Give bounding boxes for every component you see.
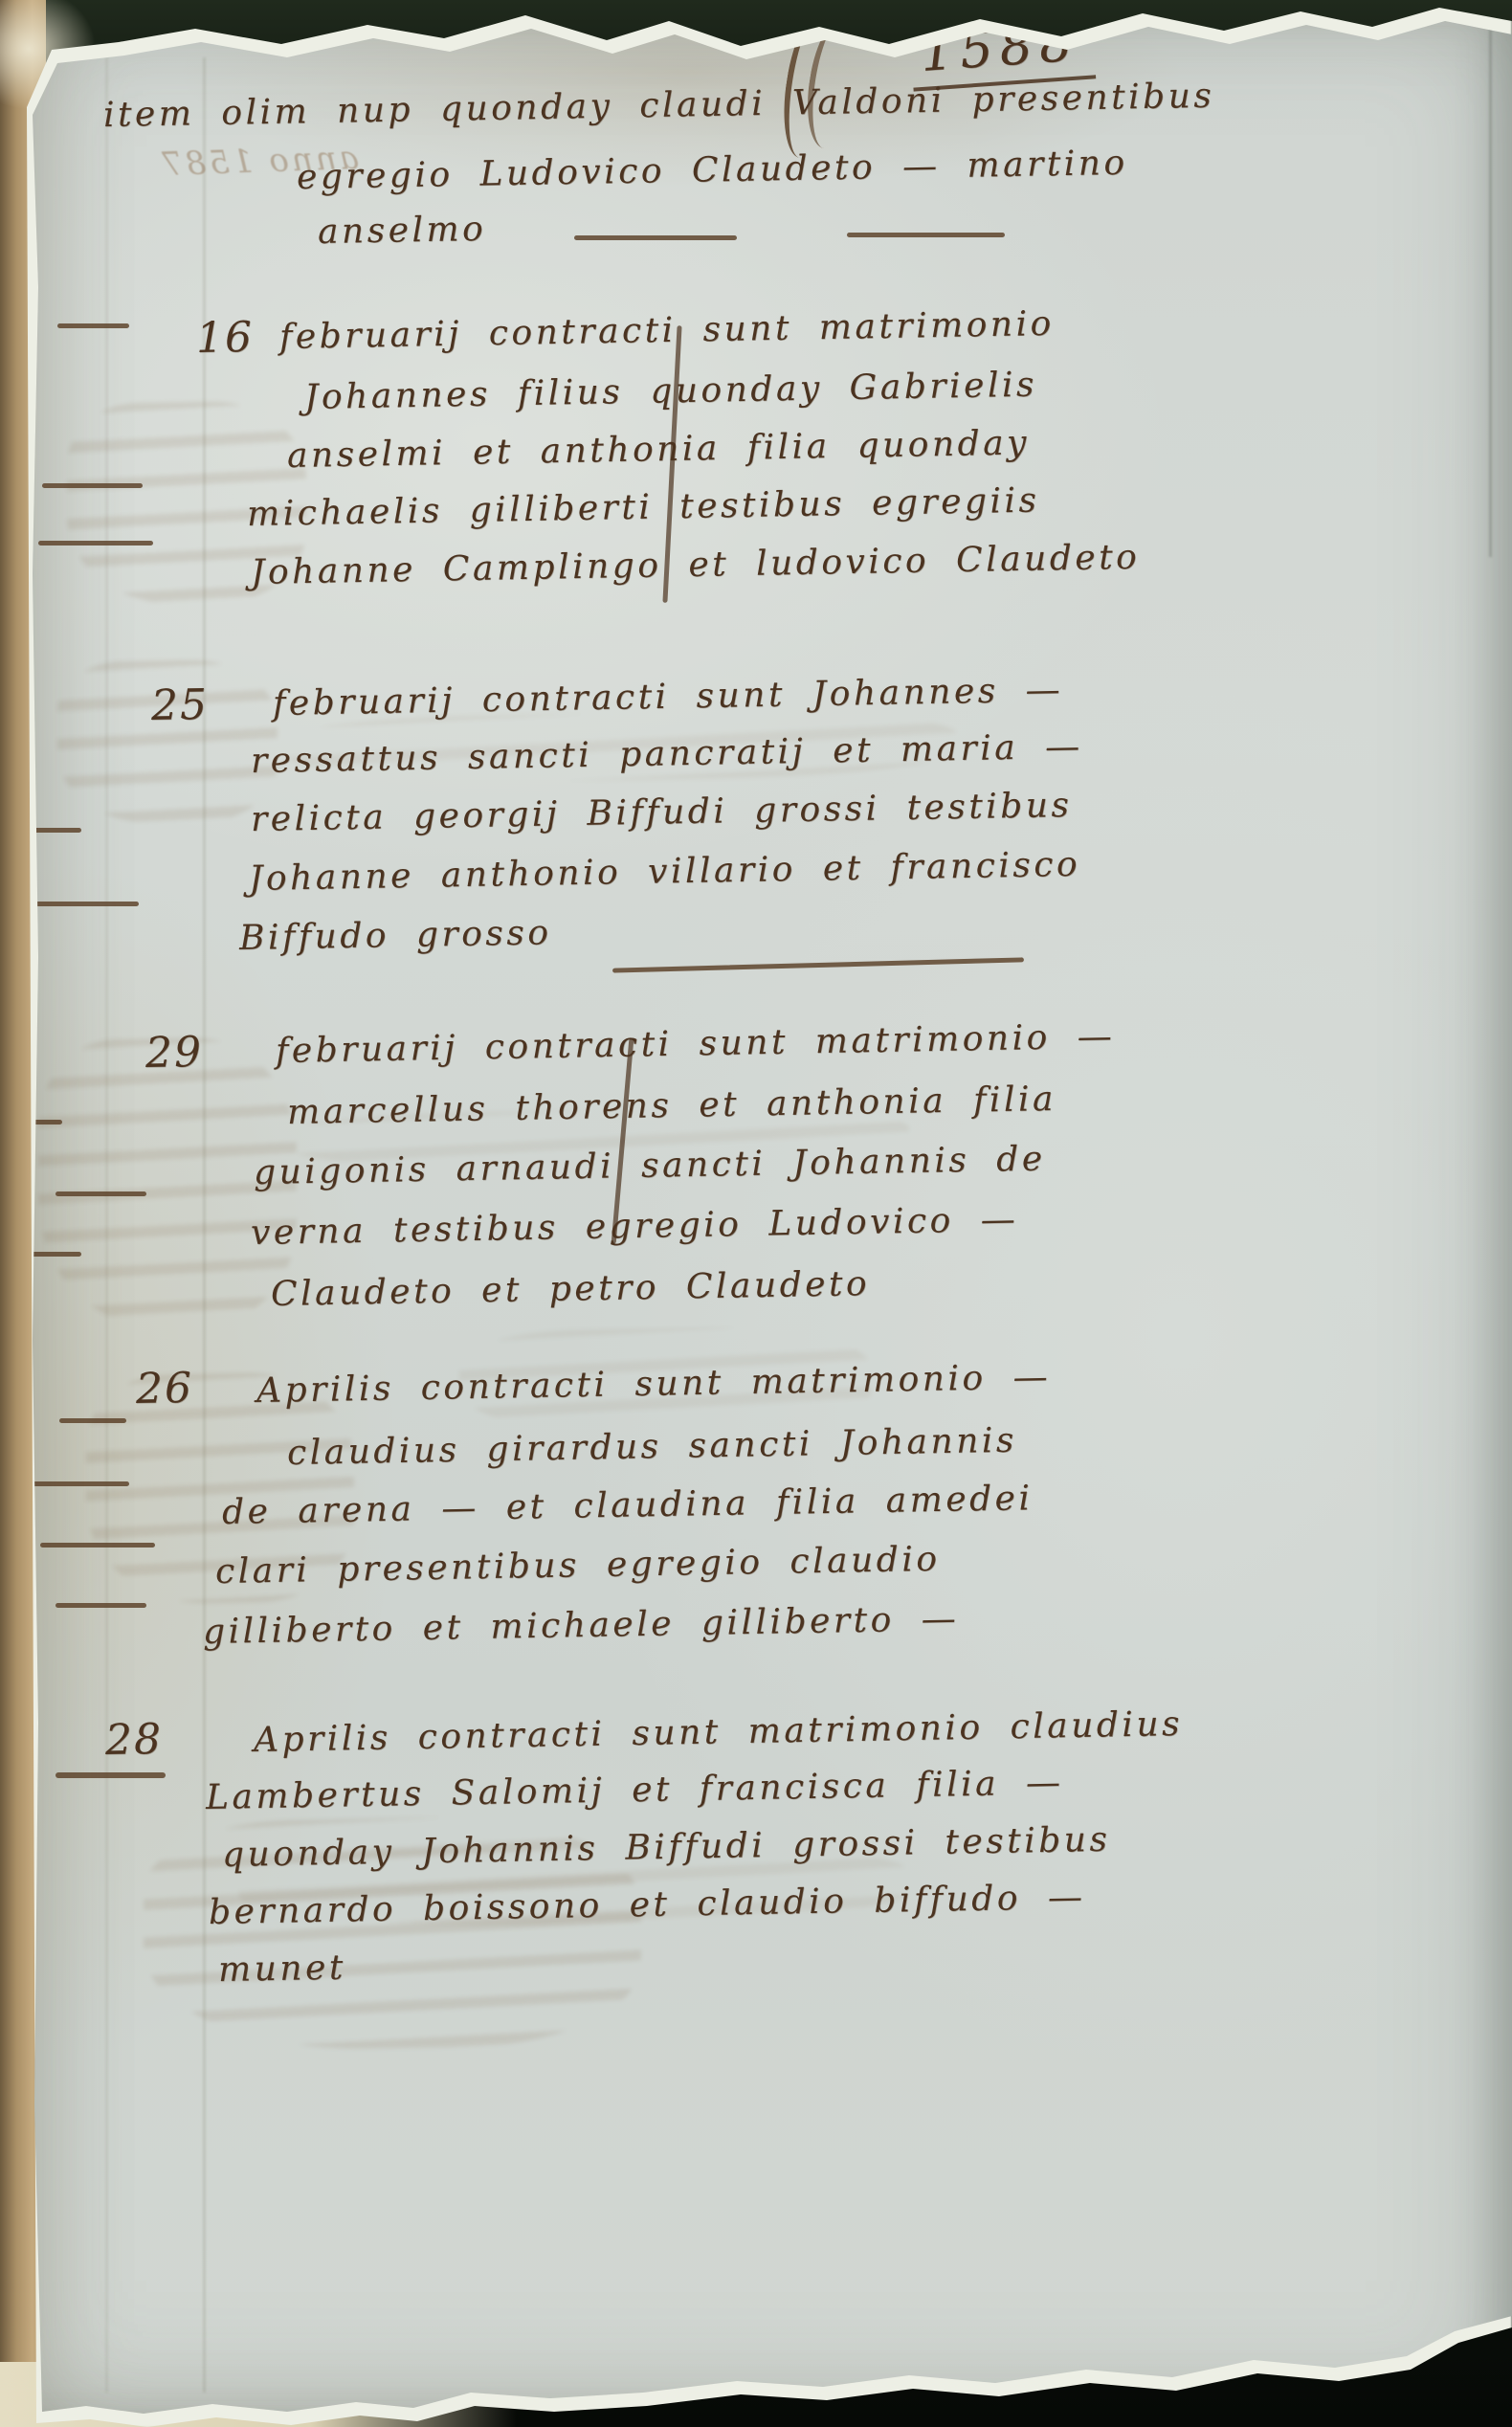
- entry-day-number: 26: [136, 1364, 194, 1414]
- manuscript-line: item olim nup quonday claudi Valdoni pre…: [103, 77, 1215, 135]
- manuscript-line: munet: [218, 1948, 346, 1990]
- page-edge-shadow: [1489, 21, 1492, 557]
- manuscript-line: michaelis gilliberti testibus egregiis: [247, 481, 1040, 534]
- manuscript-line: Claudeto et petro Claudeto: [271, 1264, 871, 1314]
- manuscript-line: Biffudo grosso: [239, 913, 552, 958]
- manuscript-line: verna testibus egregio Ludovico —: [251, 1200, 1019, 1253]
- manuscript-line: egregio Ludovico Claudeto — martino: [297, 144, 1128, 197]
- manuscript-photo: anno 1587 1588 item olim nup quonday cla…: [0, 0, 1512, 2427]
- entry-day-number: 16: [196, 313, 255, 363]
- manuscript-line: Lambertus Salomij et francisca filia —: [206, 1763, 1064, 1817]
- manuscript-line: gilliberto et michaele gilliberto —: [203, 1599, 960, 1652]
- manuscript-line: marcellus thorens et anthonia filia: [287, 1080, 1057, 1132]
- manuscript-line: relicta georgij Biffudi grossi testibus: [251, 786, 1073, 839]
- entry-day-number: 25: [151, 680, 210, 730]
- ink-dash: [38, 541, 153, 546]
- manuscript-line: claudius girardus sancti Johannis: [287, 1421, 1018, 1473]
- ink-dash: [574, 235, 737, 240]
- manuscript-line: februarij contracti sunt matrimonio —: [276, 1017, 1116, 1071]
- ink-flourish-rule: [612, 957, 1024, 972]
- entry-day-number: 29: [145, 1028, 204, 1078]
- ink-dash: [56, 1603, 146, 1608]
- manuscript-line: Johannes filius quonday Gabrielis: [304, 366, 1038, 417]
- manuscript-line: februarij contracti sunt Johannes —: [273, 671, 1064, 724]
- manuscript-page: anno 1587 1588 item olim nup quonday cla…: [0, 0, 1512, 2427]
- ink-dash: [29, 1481, 129, 1486]
- ink-dash: [29, 902, 139, 906]
- manuscript-line: Aprilis contracti sunt matrimonio —: [256, 1358, 1052, 1411]
- ink-dash: [56, 1191, 146, 1196]
- ink-dash: [42, 483, 143, 488]
- manuscript-line: Aprilis contracti sunt matrimonio claudi…: [254, 1704, 1184, 1760]
- manuscript-line: anselmi et anthonia filia quonday: [287, 423, 1031, 476]
- ink-dash: [57, 323, 129, 328]
- ink-dash: [59, 1418, 126, 1423]
- entry-day-number: 28: [105, 1715, 164, 1765]
- ink-dash: [40, 1543, 155, 1547]
- manuscript-line: februarij contracti sunt matrimonio: [279, 304, 1055, 357]
- ink-dash: [56, 1772, 166, 1778]
- manuscript-line: anselmo: [318, 210, 487, 252]
- manuscript-line: Johanne Camplingo et ludovico Claudeto: [251, 538, 1141, 592]
- manuscript-line: Johanne anthonio villario et francisco: [249, 845, 1081, 899]
- ink-dash: [847, 233, 1005, 237]
